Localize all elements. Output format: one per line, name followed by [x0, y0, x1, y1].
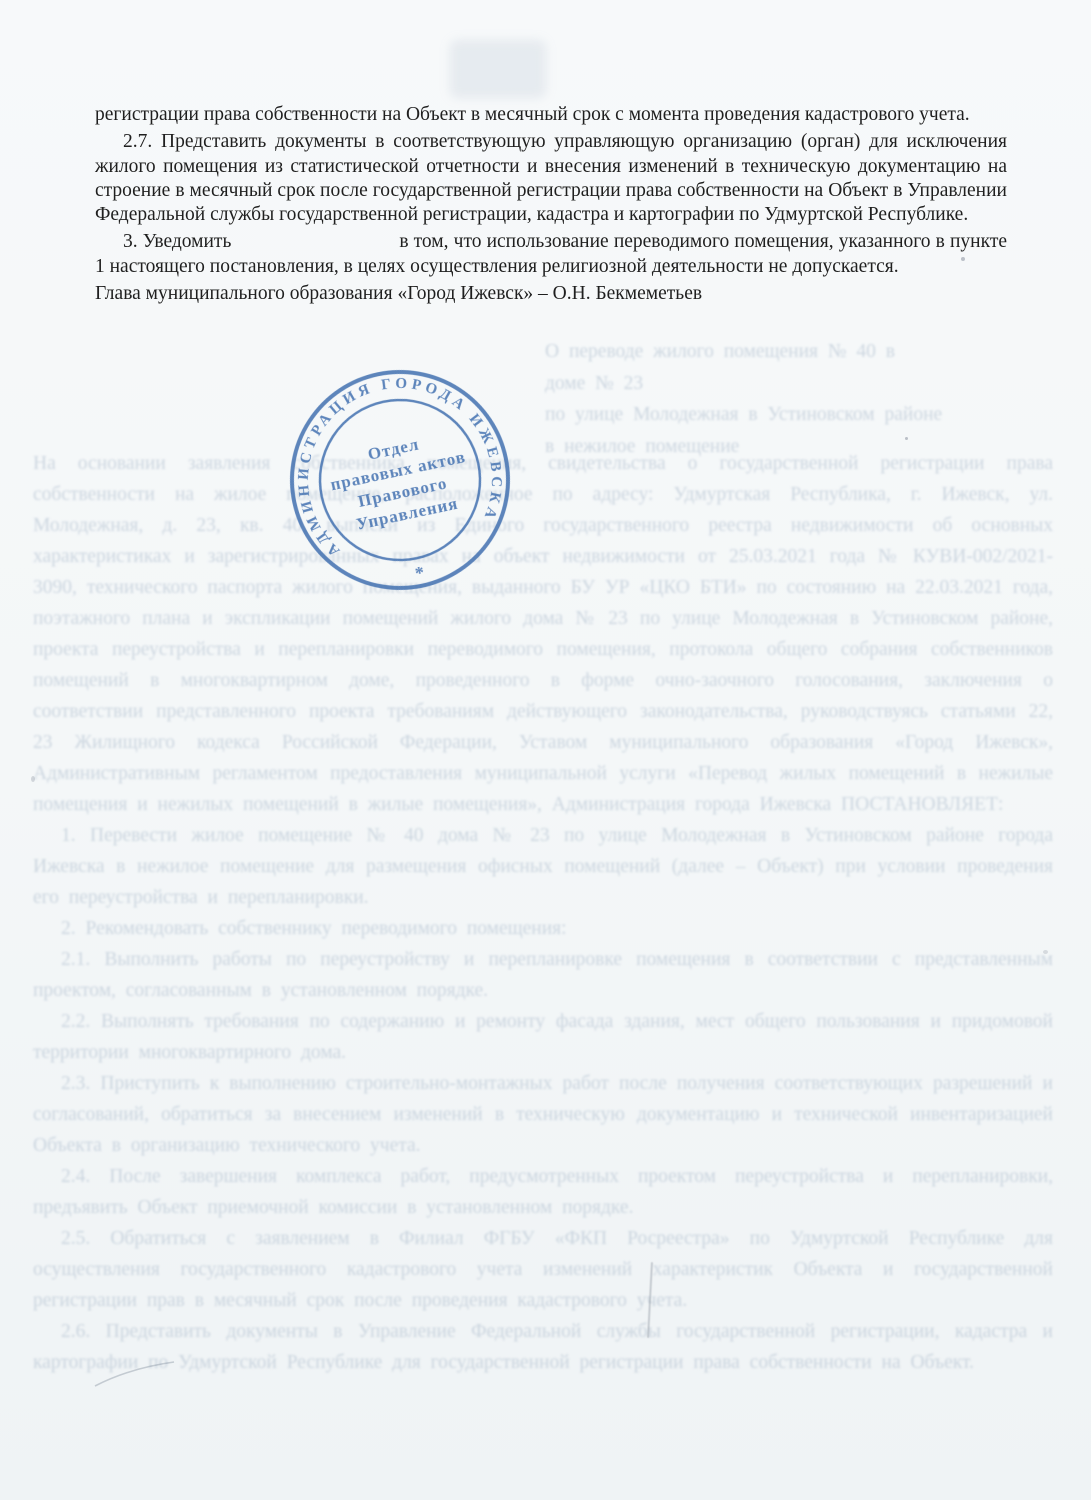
paragraph-3: 3. Уведомитьв том, что использование пер…: [95, 230, 1007, 279]
stamp-ring-text: АДМИНИСТРАЦИЯ ГОРОДА ИЖЕВСКА: [276, 356, 515, 563]
ghost-body-text: На основании заявления собственника поме…: [33, 448, 1053, 1373]
ghost-paragraph: 2.4. После завершения комплекса работ, п…: [33, 1161, 1053, 1223]
paragraph-3-rest: в том, что использование переводимого по…: [95, 231, 1007, 276]
ghost-paragraph: 2.3. Приступить к выполнению строительно…: [33, 1068, 1053, 1161]
ghost-header-block: О переводе жилого помещения № 40 в доме …: [545, 336, 945, 462]
ghost-paragraph: 2.2. Выполнять требования по содержанию …: [33, 1006, 1053, 1068]
paper-speck: [31, 776, 35, 782]
ghost-header-line: по улице Молодежная в Устиновском районе: [545, 399, 945, 431]
paragraph-3-lead: 3. Уведомить: [123, 231, 231, 252]
ghost-paragraph: 2.5. Обратиться с заявлением в Филиал ФГ…: [33, 1223, 1053, 1316]
ghost-emblem-smudge: [450, 40, 546, 98]
ghost-paragraph: 2.1. Выполнить работы по переустройству …: [33, 944, 1053, 1006]
svg-text:АДМИНИСТРАЦИЯ ГОРОДА ИЖЕВСКА: АДМИНИСТРАЦИЯ ГОРОДА ИЖЕВСКА: [276, 356, 515, 563]
ghost-paragraph: 1. Перевести жилое помещение № 40 дома №…: [33, 820, 1053, 913]
pencil-curve-artifact: [90, 1352, 182, 1394]
official-round-stamp: АДМИНИСТРАЦИЯ ГОРОДА ИЖЕВСКА * Отдел пра…: [262, 342, 537, 617]
stamp-star-symbol: *: [413, 562, 426, 583]
ghost-paragraph: 2.6. Представить документы в Управление …: [33, 1316, 1053, 1373]
scanned-document-page: О переводе жилого помещения № 40 в доме …: [0, 0, 1091, 1500]
paper-speck: [1043, 950, 1048, 954]
stamp-center-text: Отдел правовых актов Правового Управлени…: [324, 426, 476, 538]
paragraph-2-7: 2.7. Представить документы в соответству…: [95, 130, 1007, 227]
document-text: регистрации права собственности на Объек…: [95, 103, 1007, 309]
ghost-header-line: О переводе жилого помещения № 40 в доме …: [545, 336, 945, 399]
ghost-paragraph: 2. Рекомендовать собственнику переводимо…: [33, 913, 1053, 944]
signature-line: Глава муниципального образования «Город …: [95, 282, 1007, 306]
paper-speck: [905, 437, 908, 440]
paragraph-continuation: регистрации права собственности на Объек…: [95, 103, 1007, 127]
ghost-paragraph: На основании заявления собственника поме…: [33, 448, 1053, 820]
paper-speck: [961, 257, 965, 261]
